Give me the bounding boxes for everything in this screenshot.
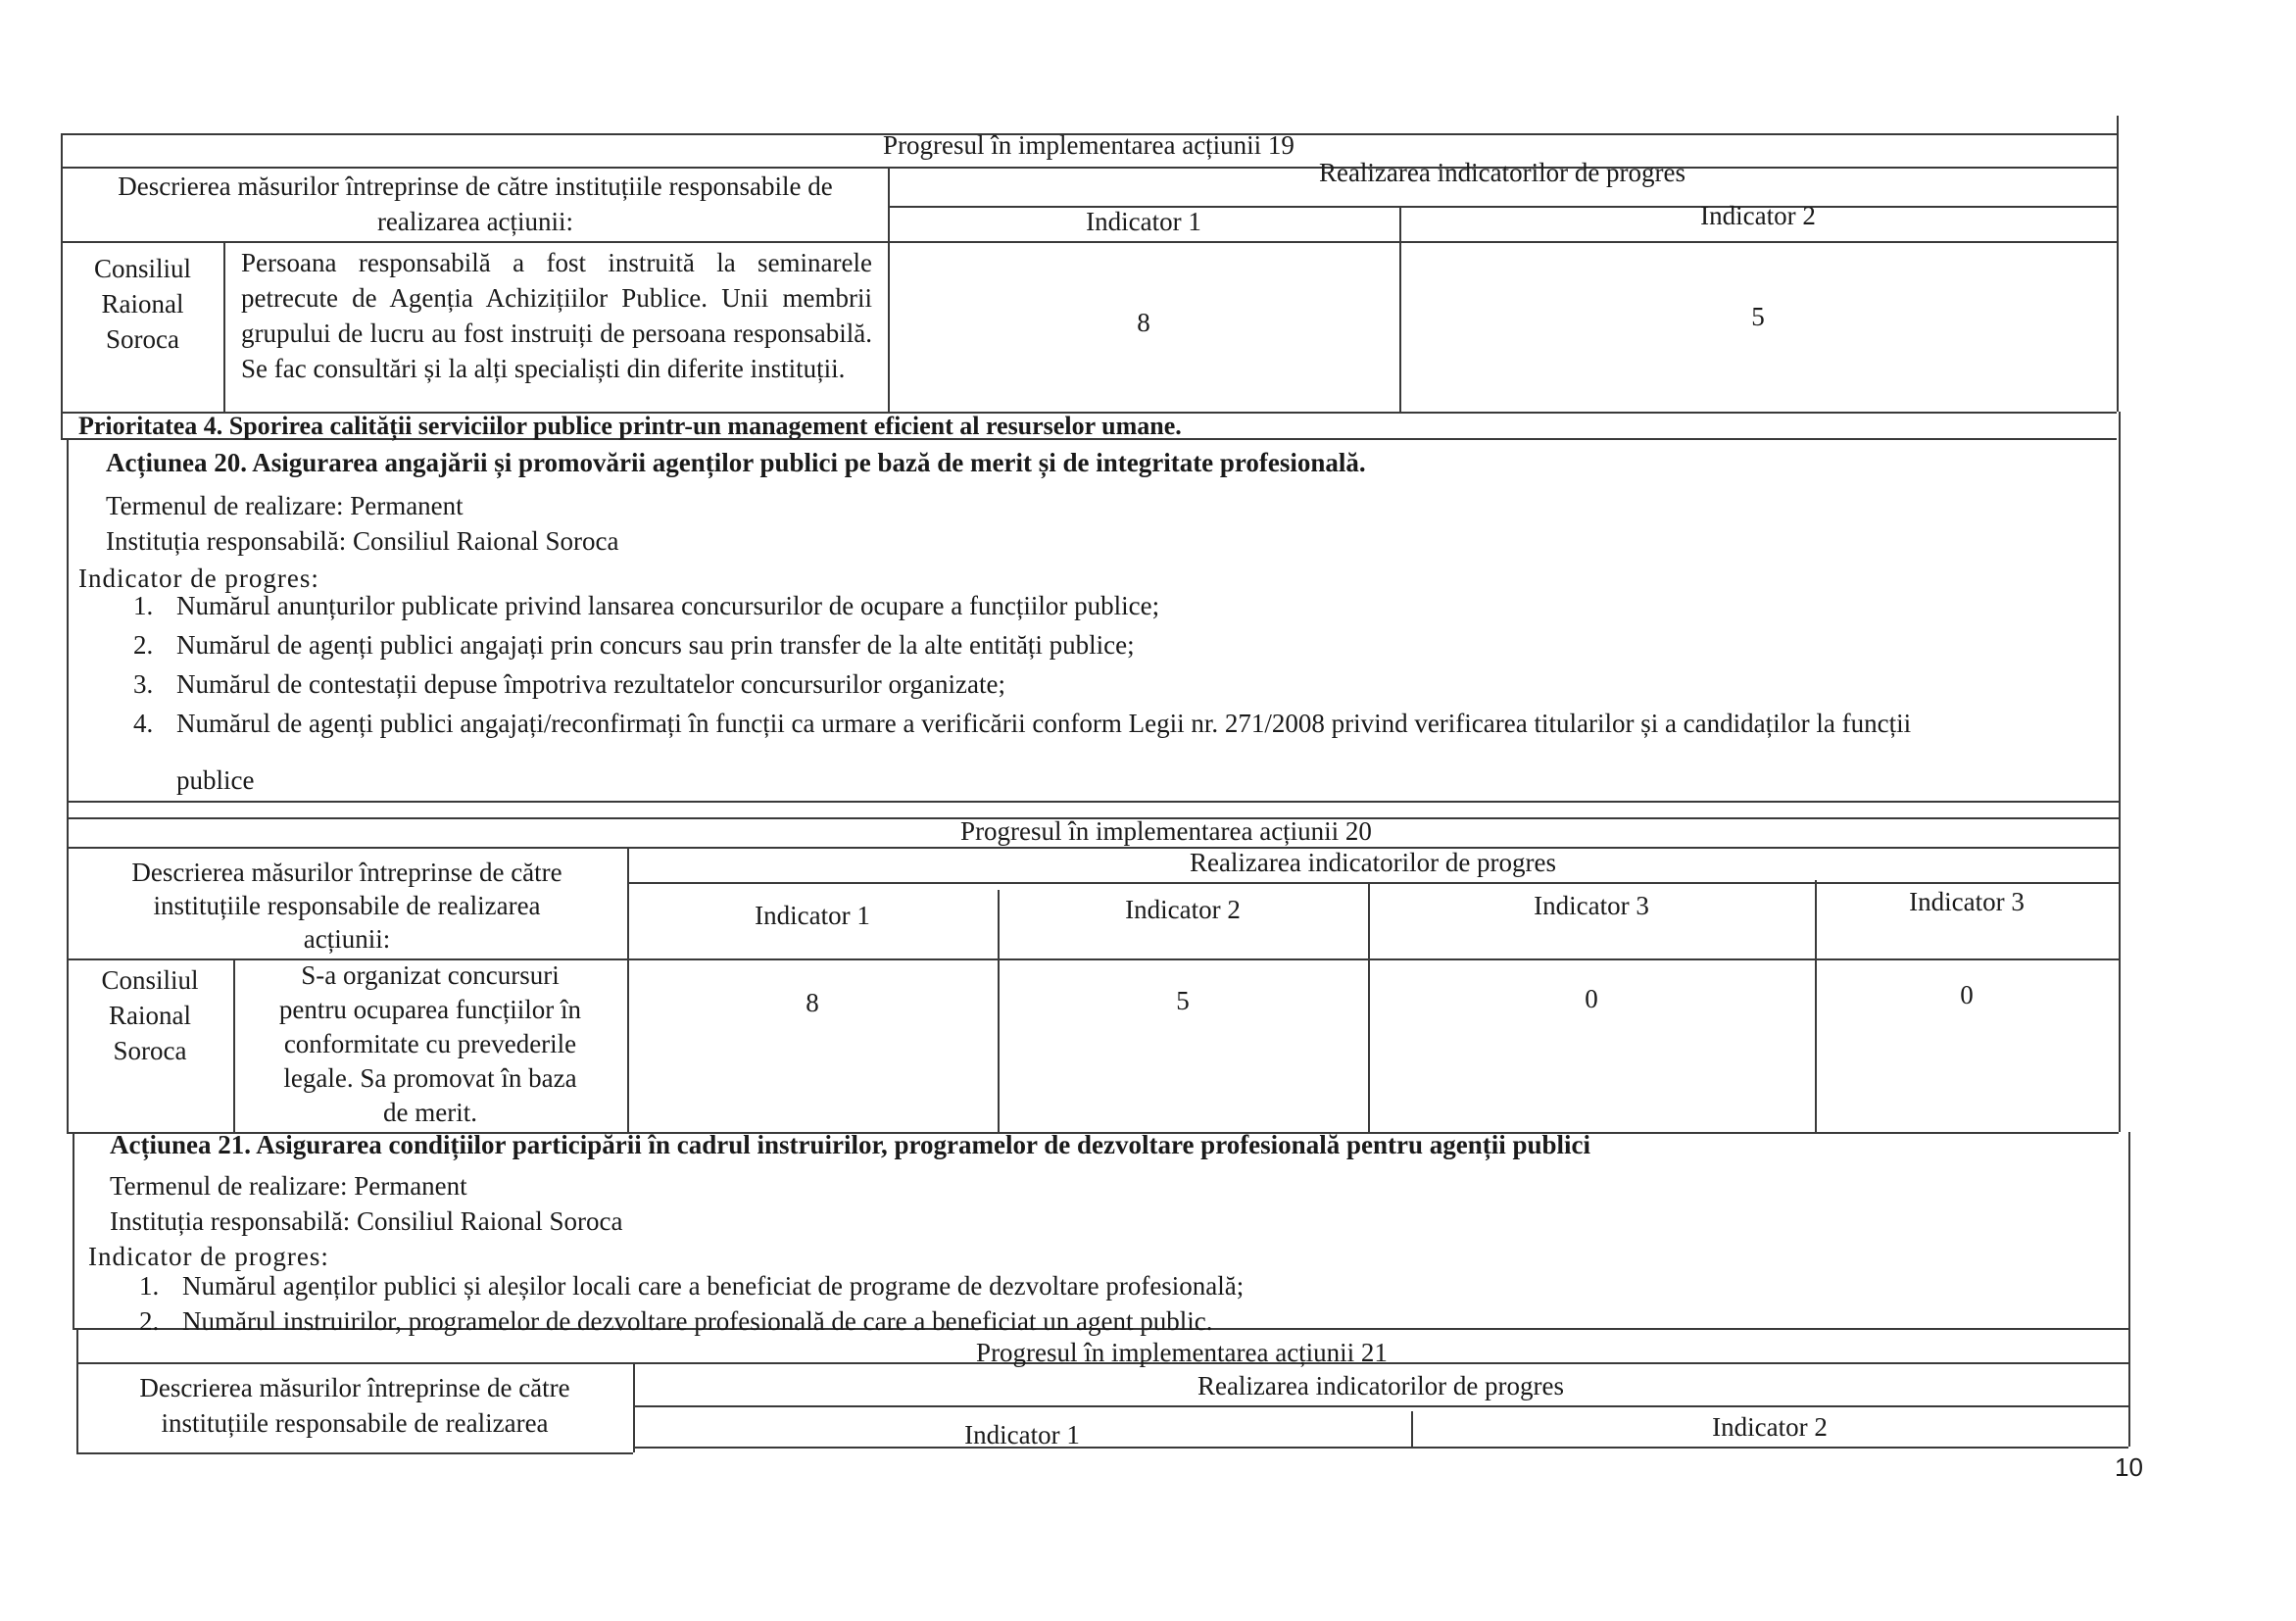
action20-indicator-2-label: Indicator 2 — [998, 892, 1368, 927]
list-item: 1.Numărul anunțurilor publicate privind … — [118, 586, 2107, 625]
action21-deadline: Termenul de realizare: Permanent — [110, 1168, 467, 1203]
action19-indicator-2-label: Indicator 2 — [1399, 198, 2117, 233]
action20-description: S-a organizat concursuri pentru ocuparea… — [237, 958, 623, 1130]
list-item: 2.Numărul instruirilor, programelor de d… — [123, 1303, 2113, 1339]
action20-deadline: Termenul de realizare: Permanent — [106, 488, 464, 523]
action20-title: Acțiunea 20. Asigurarea angajării și pro… — [106, 445, 1366, 480]
action20-description-header: Descrierea măsurilor întreprinse de cătr… — [71, 856, 623, 956]
action20-indicator-list: 1.Numărul anunțurilor publicate privind … — [118, 586, 2107, 800]
list-item-continuation: publice — [118, 761, 2107, 800]
action20-indicator-3-value: 0 — [1368, 984, 1815, 1014]
action21-indicator-1-label: Indicator 1 — [633, 1417, 1411, 1452]
action19-description: Persoana responsabilă a fost instruită l… — [241, 245, 872, 386]
action20-indicators-header: Realizarea indicatorilor de progres — [627, 845, 2119, 880]
action20-indicator-1-label: Indicator 1 — [627, 898, 998, 933]
action21-indicator-2-label: Indicator 2 — [1411, 1409, 2128, 1445]
action21-institution: Instituția responsabilă: Consiliul Raion… — [110, 1203, 622, 1239]
action19-indicators-header: Realizarea indicatorilor de progres — [888, 155, 2117, 190]
action20-indicator-1-value: 8 — [627, 988, 998, 1018]
priority-4-title: Prioritatea 4. Sporirea calității servic… — [78, 409, 1182, 444]
list-item: 2.Numărul de agenți publici angajați pri… — [118, 625, 2107, 664]
action21-indicators-header: Realizarea indicatorilor de progres — [633, 1368, 2128, 1403]
action20-progress-title: Progresul în implementarea acțiunii 20 — [627, 813, 1705, 849]
list-item: 3.Numărul de contestații depuse împotriv… — [118, 664, 2107, 704]
action20-indicator-2-value: 5 — [998, 986, 1368, 1016]
list-item: 4.Numărul de agenți publici angajați/rec… — [118, 704, 2107, 743]
document-page: Progresul în implementarea acțiunii 19 D… — [0, 0, 2296, 1621]
action21-description-header: Descrierea măsurilor întreprinse de cătr… — [80, 1370, 629, 1441]
action19-institution: Consiliul Raional Soroca — [67, 251, 219, 357]
page-number: 10 — [2115, 1452, 2143, 1483]
action20-indicator-3-label: Indicator 3 — [1368, 888, 1815, 923]
list-item: 1.Numărul agenților publici și aleșilor … — [123, 1268, 2113, 1303]
action21-progress-title: Progresul în implementarea acțiunii 21 — [633, 1335, 1731, 1370]
action19-indicator-1-value: 8 — [888, 308, 1399, 338]
action20-indicator-4-value: 0 — [1815, 980, 2119, 1010]
action20-institution: Instituția responsabilă: Consiliul Raion… — [106, 523, 618, 559]
action19-description-header: Descrierea măsurilor întreprinse de cătr… — [69, 169, 882, 239]
action21-indicator-list: 1.Numărul agenților publici și aleșilor … — [123, 1268, 2113, 1339]
action21-title: Acțiunea 21. Asigurarea condițiilor part… — [110, 1127, 1590, 1162]
action20-institution: Consiliul Raional Soroca — [71, 962, 229, 1068]
action20-indicator-4-label: Indicator 3 — [1815, 884, 2119, 919]
action19-indicator-1-label: Indicator 1 — [888, 204, 1399, 239]
action19-indicator-2-value: 5 — [1399, 302, 2117, 332]
